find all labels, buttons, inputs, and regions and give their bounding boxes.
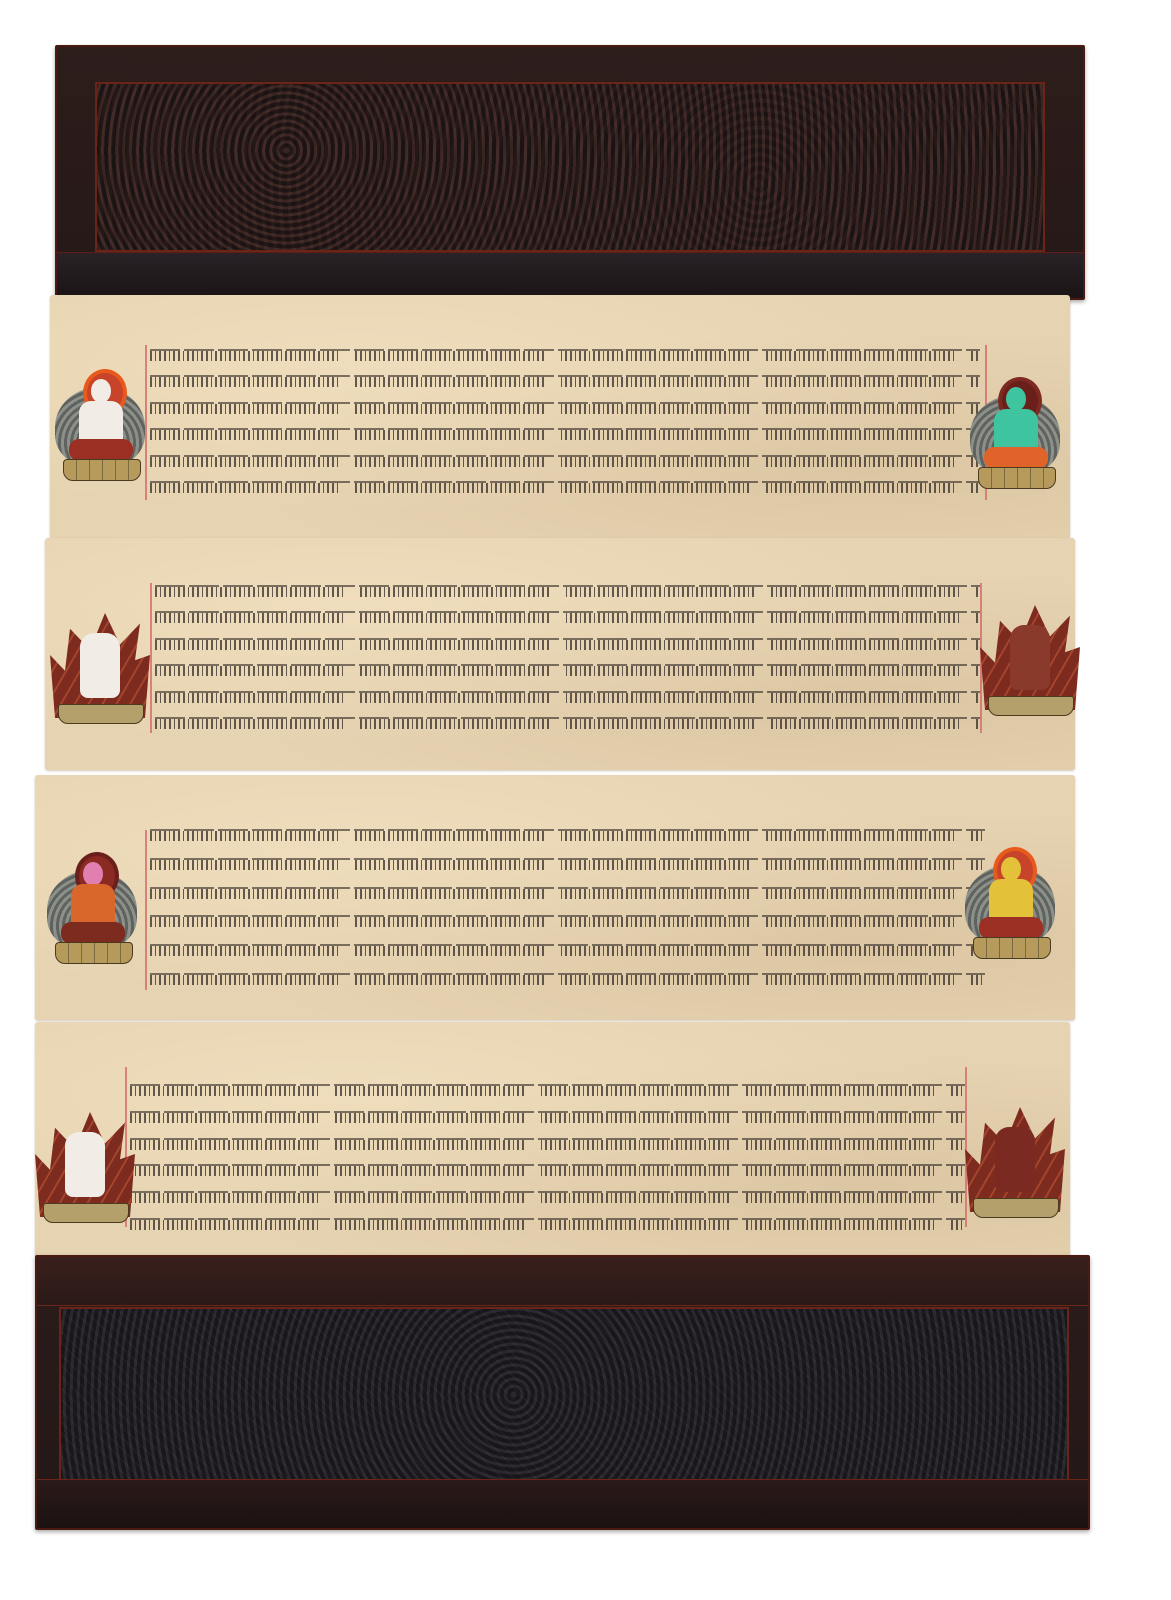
green-tara-miniature	[970, 375, 1060, 500]
text-block: Tibetan script line 1 Tibetan script lin…	[130, 1082, 965, 1234]
script-line: Tibetan script line 3	[150, 400, 980, 418]
script-line: Tibetan script line 1	[150, 827, 985, 845]
cover-bevel-bottom	[37, 1479, 1088, 1528]
script-line: Tibetan script line 6	[150, 479, 980, 497]
margin-rule-left	[150, 583, 152, 733]
manuscript-folio-1: Tibetan script line 1 Tibetan script lin…	[50, 295, 1070, 540]
script-line: Tibetan script line 3	[155, 636, 980, 654]
margin-rule-left	[145, 830, 147, 990]
script-line: Tibetan script line 1	[155, 583, 980, 601]
script-line: Tibetan script line 1	[130, 1082, 965, 1100]
script-line: Tibetan script line 5	[155, 689, 980, 707]
white-wrathful-deity-miniature	[35, 1107, 135, 1232]
script-line: Tibetan script line 2	[150, 373, 980, 391]
red-wrathful-deity-miniature	[980, 600, 1080, 725]
carved-relief-panel	[59, 1307, 1069, 1482]
lama-miniature	[47, 850, 137, 975]
text-block: Tibetan script line 1 Tibetan script lin…	[150, 827, 985, 989]
script-line: Tibetan script line 4	[155, 662, 980, 680]
script-line: Tibetan script line 5	[150, 453, 980, 471]
text-block: Tibetan script line 1 Tibetan script lin…	[155, 583, 980, 733]
script-line: Tibetan script line 6	[155, 715, 980, 733]
cover-bevel	[57, 252, 1083, 298]
script-line: Tibetan script line 2	[155, 609, 980, 627]
text-block: Tibetan script line 1 Tibetan script lin…	[150, 347, 980, 497]
bottom-wooden-cover	[35, 1255, 1090, 1530]
script-line: Tibetan script line 6	[150, 971, 985, 989]
script-line: Tibetan script line 4	[150, 426, 980, 444]
manuscript-folio-2: Tibetan script line 1 Tibetan script lin…	[45, 538, 1075, 770]
top-wooden-cover	[55, 45, 1085, 300]
script-line: Tibetan script line 5	[130, 1189, 965, 1207]
script-line: Tibetan script line 3	[130, 1136, 965, 1154]
cover-bevel-top	[37, 1257, 1088, 1306]
margin-rule-left	[145, 345, 147, 500]
script-line: Tibetan script line 2	[130, 1109, 965, 1127]
script-line: Tibetan script line 4	[150, 913, 985, 931]
white-wrathful-deity-miniature	[50, 608, 150, 733]
script-line: Tibetan script line 1	[150, 347, 980, 365]
script-line: Tibetan script line 6	[130, 1216, 965, 1234]
script-line: Tibetan script line 2	[150, 856, 985, 874]
buddha-miniature	[55, 367, 145, 492]
script-line: Tibetan script line 5	[150, 942, 985, 960]
script-line: Tibetan script line 4	[130, 1162, 965, 1180]
script-line: Tibetan script line 3	[150, 885, 985, 903]
manuscript-folio-3: Tibetan script line 1 Tibetan script lin…	[35, 775, 1075, 1020]
manuscript-folio-4: Tibetan script line 1 Tibetan script lin…	[35, 1022, 1070, 1257]
golden-bodhisattva-miniature	[965, 845, 1055, 970]
dark-red-wrathful-deity-miniature	[965, 1102, 1065, 1227]
carved-relief-panel	[95, 82, 1045, 252]
